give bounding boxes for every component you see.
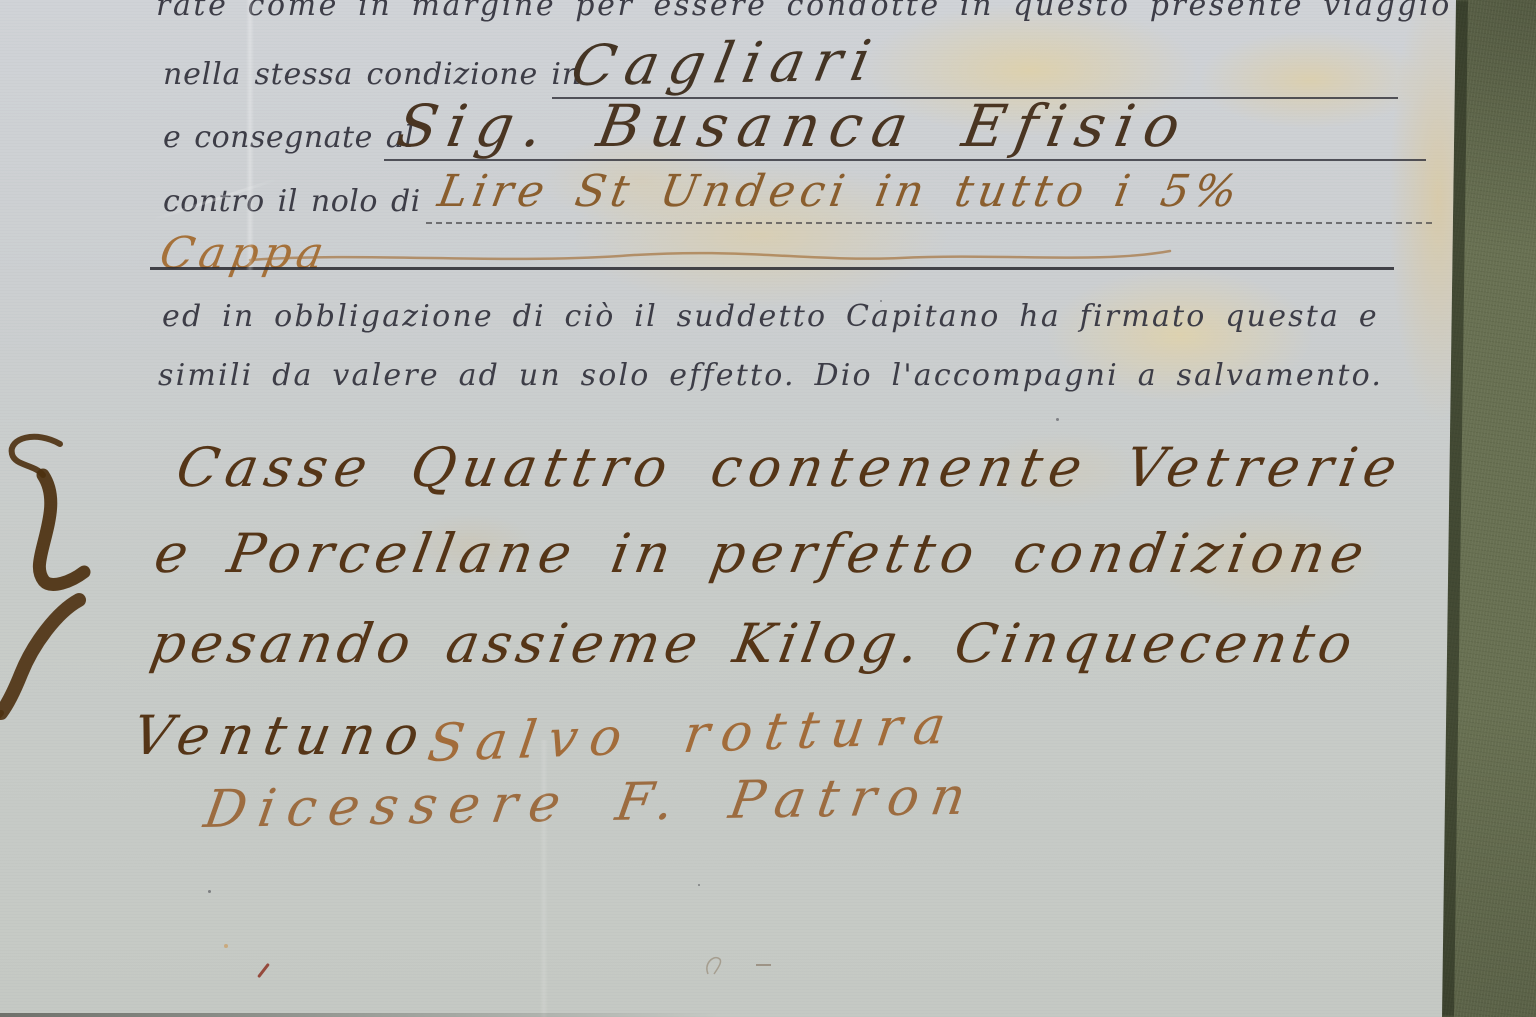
paper-bottom-shadow (0, 1013, 720, 1017)
cargo-line-3: pesando assieme Kilog. Cinquecento (146, 612, 1362, 675)
speck (224, 944, 228, 948)
cargo-line-2: e Porcellane in perfetto condizione (150, 522, 1374, 585)
speck (698, 884, 700, 886)
printed-rule-line (150, 267, 1394, 270)
paper-sheet: rate come in margine per essere condotte… (0, 0, 1536, 1017)
speck (208, 890, 211, 893)
freight-underline (426, 222, 1432, 224)
cargo-note: Salvo rottura (424, 696, 961, 774)
destination-label: nella stessa condizione in (163, 55, 582, 96)
ink-showthrough-dash (756, 964, 771, 966)
ink-showthrough-curl (698, 948, 734, 984)
ink-flourish-line (240, 236, 1190, 278)
signature-line: Dicessere F. Patron (200, 767, 982, 840)
obligation-line-1: ed in obbligazione di ciò il suddetto Ca… (162, 297, 1379, 338)
photo-of-document: rate come in margine per essere condotte… (0, 0, 1536, 1017)
freight-label: contro il nolo di (163, 182, 421, 223)
speck (1462, 760, 1464, 762)
consignee-underline (384, 159, 1426, 161)
freight-continuation-value: Cappa (156, 228, 332, 279)
red-fiber-mark (257, 963, 270, 978)
cargo-line-1: Casse Quattro contenente Vetrerie (172, 436, 1408, 499)
destination-value: Cagliari (566, 29, 886, 99)
ink-brace-mark (0, 430, 146, 725)
speck (1056, 418, 1059, 421)
consignee-value: Sig. Busanca Efisio (392, 92, 1195, 160)
consignee-label: e consegnate al (163, 118, 414, 159)
printed-line-1: rate come in margine per essere condotte… (156, 0, 1452, 27)
obligation-line-2: simili da valere ad un solo effetto. Dio… (158, 356, 1383, 397)
speck (880, 300, 882, 302)
cargo-line-4: Ventuno (128, 704, 434, 767)
freight-value: Lire St Undeci in tutto i 5% (434, 166, 1246, 217)
